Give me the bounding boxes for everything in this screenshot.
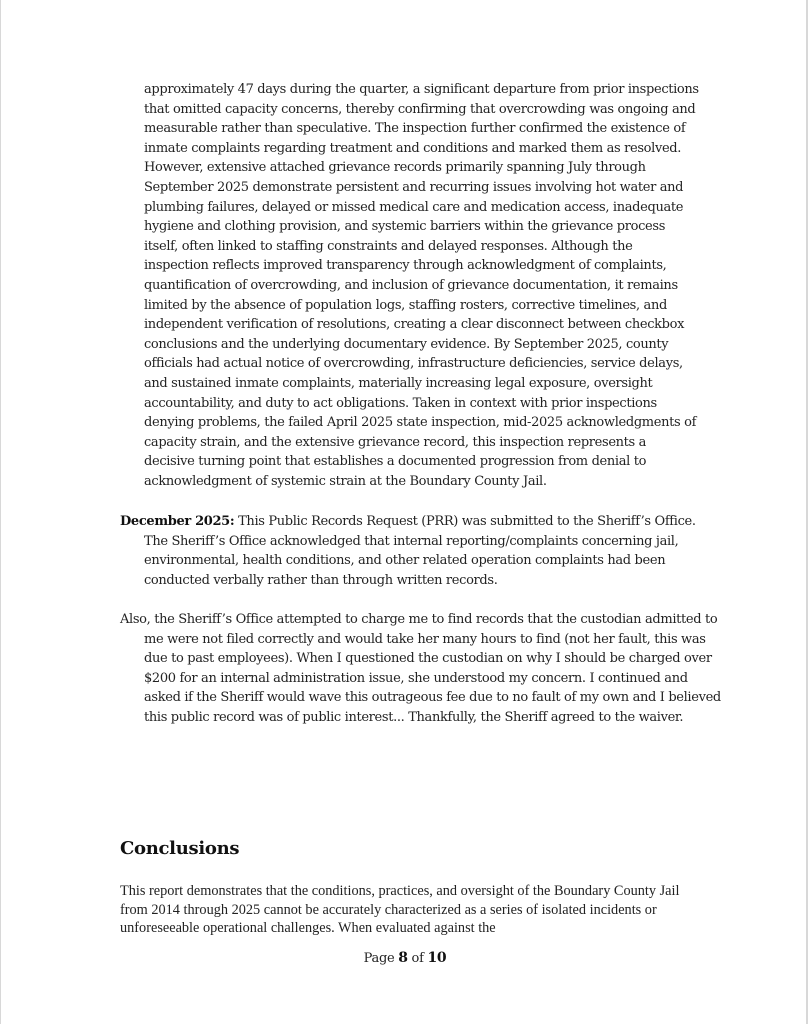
of-word: of [412, 951, 424, 966]
fee-waiver-paragraph: Also, the Sheriff’s Office attempted to … [120, 610, 723, 728]
total-pages-number: 10 [427, 950, 446, 966]
entry-date-label: December 2025: [120, 514, 234, 529]
document-page: approximately 47 days during the quarter… [0, 0, 808, 1024]
inspection-summary-paragraph: approximately 47 days during the quarter… [144, 80, 699, 491]
page-number-footer: Page 8 of 10 [1, 950, 808, 966]
timeline-entry-december-2025: December 2025: This Public Records Reque… [120, 512, 723, 590]
entry-text: Also, the Sheriff’s Office attempted to … [120, 612, 721, 725]
conclusions-heading: Conclusions [120, 838, 239, 859]
page-word: Page [364, 951, 395, 966]
current-page-number: 8 [398, 950, 407, 966]
conclusions-paragraph: This report demonstrates that the condit… [120, 882, 680, 938]
